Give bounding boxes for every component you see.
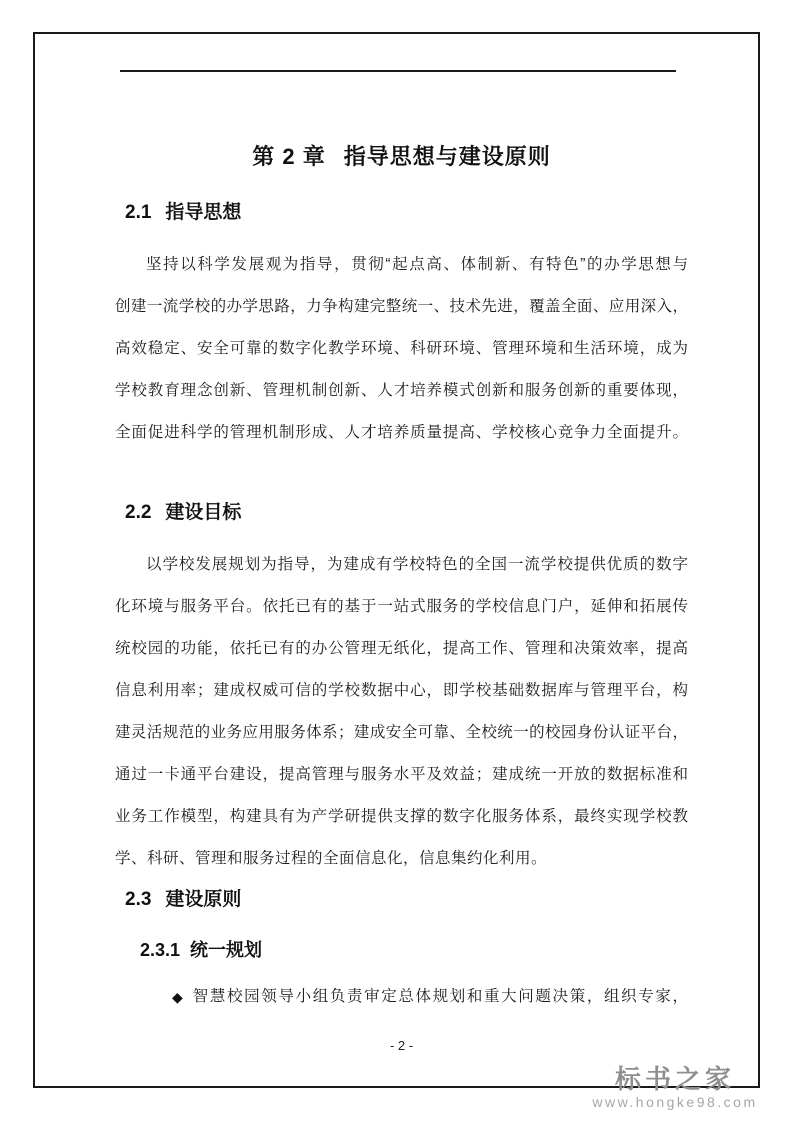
section-2-1-title: 指导思想 bbox=[165, 202, 241, 223]
subsection-2-3-1-number: 2.3.1 bbox=[140, 940, 180, 960]
paragraph-guiding-ideology: 坚持以科学发展观为指导，贯彻“起点高、体制新、有特色”的办学思想与 创建一流学校… bbox=[115, 244, 688, 454]
watermark-brand-text: 标书之家 bbox=[565, 1064, 785, 1094]
header-rule bbox=[120, 70, 676, 72]
section-2-2-number: 2.2 bbox=[125, 502, 151, 523]
watermark-site-text: www.hongke98.com bbox=[565, 1094, 785, 1110]
chapter-number: 第 2 章 bbox=[252, 144, 325, 169]
paragraph-line: 全面促进科学的管理机制形成、人才培养质量提高、学校核心竞争力全面提升。 bbox=[115, 412, 688, 454]
paragraph-line: 业务工作模型，构建具有为产学研提供支撑的数字化服务体系，最终实现学校教 bbox=[115, 796, 688, 838]
paragraph-line: 坚持以科学发展观为指导，贯彻“起点高、体制新、有特色”的办学思想与 bbox=[115, 244, 688, 286]
subsection-heading-2-3-1: 2.3.1统一规划 bbox=[140, 936, 262, 962]
paragraph-construction-goals: 以学校发展规划为指导，为建成有学校特色的全国一流学校提供优质的数字 化环境与服务… bbox=[115, 544, 688, 880]
paragraph-line: 信息利用率；建成权威可信的学校数据中心，即学校基础数据库与管理平台，构 bbox=[115, 670, 688, 712]
paragraph-line: 建灵活规范的业务应用服务体系；建成安全可靠、全校统一的校园身份认证平台， bbox=[115, 712, 688, 754]
paragraph-line: 高效稳定、安全可靠的数字化教学环境、科研环境、管理环境和生活环境，成为 bbox=[115, 328, 688, 370]
page-number: - 2 - bbox=[115, 1038, 688, 1053]
paragraph-line: 统校园的功能，依托已有的办公管理无纸化，提高工作、管理和决策效率，提高 bbox=[115, 628, 688, 670]
section-heading-2-3: 2.3建设原则 bbox=[125, 884, 241, 911]
chapter-title: 第 2 章指导思想与建设原则 bbox=[115, 140, 688, 171]
chapter-title-text: 指导思想与建设原则 bbox=[344, 144, 551, 169]
paragraph-line: 以学校发展规划为指导，为建成有学校特色的全国一流学校提供优质的数字 bbox=[115, 544, 688, 586]
paragraph-line: 化环境与服务平台。依托已有的基于一站式服务的学校信息门户，延伸和拓展传 bbox=[115, 586, 688, 628]
subsection-2-3-1-title: 统一规划 bbox=[190, 940, 262, 960]
bullet-item: ◆ 智慧校园领导小组负责审定总体规划和重大问题决策，组织专家， bbox=[172, 984, 688, 1010]
paragraph-line: 创建一流学校的办学思路，力争构建完整统一、技术先进，覆盖全面、应用深入， bbox=[115, 286, 688, 328]
diamond-bullet-icon: ◆ bbox=[172, 984, 183, 1010]
section-2-3-number: 2.3 bbox=[125, 889, 151, 910]
section-heading-2-1: 2.1指导思想 bbox=[125, 197, 241, 224]
paragraph-line: 学、科研、管理和服务过程的全面信息化，信息集约化利用。 bbox=[115, 838, 688, 880]
section-heading-2-2: 2.2建设目标 bbox=[125, 497, 241, 524]
document-page: 第 2 章指导思想与建设原则 2.1指导思想 坚持以科学发展观为指导，贯彻“起点… bbox=[0, 0, 793, 1122]
section-2-3-title: 建设原则 bbox=[165, 889, 241, 910]
watermark: 标书之家 www.hongke98.com bbox=[565, 1064, 785, 1110]
paragraph-line: 学校教育理念创新、管理机制创新、人才培养模式创新和服务创新的重要体现， bbox=[115, 370, 688, 412]
bullet-text: 智慧校园领导小组负责审定总体规划和重大问题决策，组织专家， bbox=[193, 984, 688, 1010]
section-2-2-title: 建设目标 bbox=[165, 502, 241, 523]
section-2-1-number: 2.1 bbox=[125, 202, 151, 223]
paragraph-line: 通过一卡通平台建设，提高管理与服务水平及效益；建成统一开放的数据标准和 bbox=[115, 754, 688, 796]
